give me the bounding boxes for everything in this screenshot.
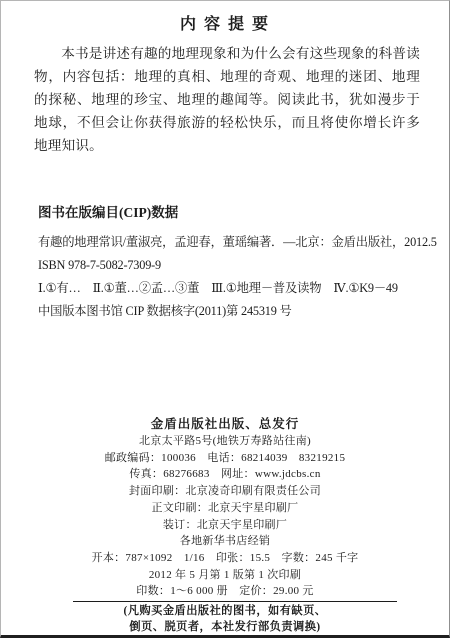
text-printer: 正文印刷：北京天宇星印刷厂: [1, 500, 449, 517]
cip-heading: 图书在版编目(CIP)数据: [38, 201, 429, 221]
postcode-phone: 邮政编码：100036 电话：68214039 83219215: [1, 450, 449, 467]
edition-printing: 2012 年 5 月第 1 版第 1 次印刷: [1, 567, 449, 584]
cip-block: 图书在版编目(CIP)数据 有趣的地理常识/董淑亮，孟迎春，董瑶编著．—北京：金…: [38, 201, 429, 327]
fax-website: 传真：68276683 网址：www.jdcbs.cn: [1, 466, 449, 483]
cip-title-statement: 有趣的地理常识/董淑亮，孟迎春，董瑶编著．—北京：金盾出版社，2012.5: [38, 235, 429, 250]
abstract-paragraph: 本书是讲述有趣的地理现象和为什么会有这些现象的科普读物，内容包括：地理的真相、地…: [34, 42, 420, 157]
abstract-title: 内 容 提 要: [1, 11, 449, 34]
cip-isbn: ISBN 978-7-5082-7309-9: [38, 258, 429, 273]
copyright-page: 内 容 提 要 本书是讲述有趣的地理现象和为什么会有这些现象的科普读物，内容包括…: [0, 0, 450, 638]
cip-classification: Ⅰ.①有… Ⅱ.①董…②孟…③董 Ⅲ.①地理－普及读物 Ⅳ.①K9－49: [38, 281, 429, 296]
cover-printer: 封面印刷：北京凌奇印刷有限责任公司: [1, 483, 449, 500]
print-run-price: 印数：1～6 000 册 定价：29.00 元: [1, 583, 449, 600]
publisher-address: 北京太平路5号(地铁万寿路站往南): [1, 433, 449, 450]
horizontal-rule: [73, 601, 397, 602]
return-notice-line-2: 倒页、脱页者，本社发行部负责调换): [1, 620, 449, 636]
publisher-title: 金盾出版社出版、总发行: [1, 416, 449, 433]
binder: 装订：北京天宇星印刷厂: [1, 517, 449, 534]
cip-record-number: 中国版本图书馆 CIP 数据核字(2011)第 245319 号: [38, 304, 429, 319]
colophon-block: 金盾出版社出版、总发行 北京太平路5号(地铁万寿路站往南) 邮政编码：10003…: [1, 416, 449, 636]
distributor: 各地新华书店经销: [1, 533, 449, 550]
format-sheets-wordcount: 开本：787×1092 1/16 印张：15.5 字数：245 千字: [1, 550, 449, 567]
return-notice-line-1: (凡购买金盾出版社的图书，如有缺页、: [1, 604, 449, 620]
